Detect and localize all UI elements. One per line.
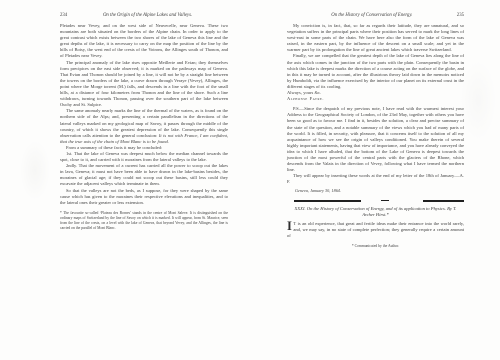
- paragraph: Finally, we are compelled that the great…: [287, 53, 464, 90]
- left-footnote: * The favourite so-called ‘Plateau des B…: [60, 211, 228, 231]
- conclusion-item-1: 1st. That the lake of Geneva was deepest…: [60, 151, 228, 163]
- article-body: IT is an old experience, that great and …: [287, 221, 464, 239]
- paragraph: The principal anomaly of the lake rises …: [60, 60, 228, 109]
- letter-signature: Alphonse Favre.: [287, 96, 464, 102]
- left-running-head-title: On the Origin of the Alpine Lakes and Va…: [67, 13, 228, 19]
- left-page: 234 On the Origin of the Alpine Lakes an…: [60, 13, 228, 231]
- left-page-number: 234: [60, 13, 67, 19]
- right-page-number: 235: [457, 13, 464, 19]
- addendum-paragraph: They will appear by inserting these word…: [287, 173, 464, 185]
- left-running-head: 234 On the Origin of the Alpine Lakes an…: [60, 13, 228, 19]
- conclusion-item-3: So that the valleys are not the beds, as…: [60, 188, 228, 206]
- article-footnote: * Communicated by the Author.: [287, 244, 464, 249]
- conclusion-item-2: 2ndly. That the movement of a current ha…: [60, 163, 228, 187]
- section-divider-rule: [294, 200, 464, 202]
- paragraph: My conviction is, in fact, that, so far …: [287, 23, 464, 53]
- postscript-paragraph: P.S.—Since the despatch of my previous n…: [287, 106, 464, 173]
- paragraph: The same anomaly nearly marks the line o…: [60, 108, 228, 145]
- paragraph: Pleiades near Vevey, and on the west sid…: [60, 23, 228, 60]
- right-page-body: My conviction is, in fact, that, so far …: [287, 23, 464, 194]
- scan-smudge: [20, 140, 50, 200]
- right-page: On the History of Conservation of Energy…: [287, 13, 464, 249]
- rule-segment: [423, 200, 464, 202]
- right-running-head: On the History of Conservation of Energy…: [287, 13, 464, 19]
- scan-smudge: [460, 60, 496, 140]
- article-opening-text: T is an old experience, that great and f…: [287, 221, 464, 238]
- article-opening-paragraph: IT is an old experience, that great and …: [287, 221, 464, 239]
- article-heading: XXXI. On the History of Conservation of …: [292, 206, 459, 218]
- rule-segment: [294, 200, 361, 202]
- letter-dateline: Geneva, January 30, 1864.: [287, 188, 464, 194]
- book-scan-spread: 234 On the Origin of the Alpine Lakes an…: [0, 0, 500, 360]
- right-running-head-title: On the History of Conservation of Energy…: [287, 13, 457, 19]
- left-page-body: Pleiades near Vevey, and on the west sid…: [60, 23, 228, 206]
- rule-segment: [381, 200, 389, 201]
